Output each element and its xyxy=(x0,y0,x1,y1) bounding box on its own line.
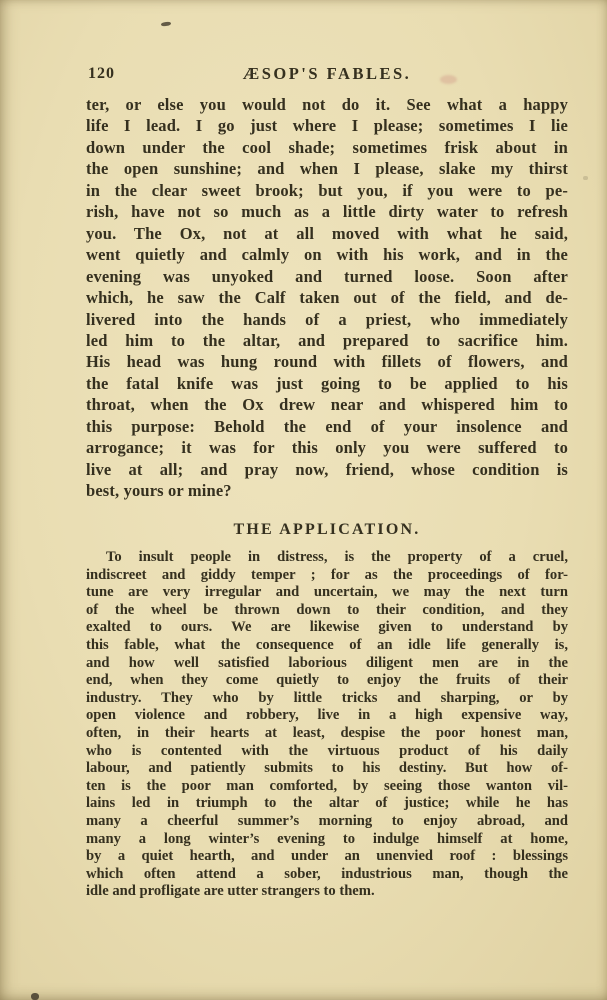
application-text: To insult people in distress, is the pro… xyxy=(86,549,568,901)
page-header: 120 ÆSOP'S FABLES. xyxy=(86,64,568,88)
book-page: 120 ÆSOP'S FABLES. ter, or else you woul… xyxy=(0,0,607,1000)
text-line: which often attend a sober, industrious … xyxy=(86,866,568,884)
text-line: this purpose: Behold the end of your ins… xyxy=(86,416,568,437)
fable-text: ter, or else you would not do it. See wh… xyxy=(86,94,568,502)
running-title: ÆSOP'S FABLES. xyxy=(86,64,568,84)
text-line: and how well satisfied laborious diligen… xyxy=(86,655,568,673)
text-line: tune are very irregular and uncertain, w… xyxy=(86,584,568,602)
text-line: exalted to ours. We are likewise given t… xyxy=(86,619,568,637)
text-line: His head was hung round with fillets of … xyxy=(86,351,568,372)
text-line: throat, when the Ox drew near and whispe… xyxy=(86,394,568,415)
ink-speck xyxy=(161,21,171,26)
text-line: end, when they come quietly to enjoy the… xyxy=(86,672,568,690)
text-line: lains led in triumph to the altar of jus… xyxy=(86,795,568,813)
text-line: led him to the altar, and prepared to sa… xyxy=(86,330,568,351)
text-line: livered into the hands of a priest, who … xyxy=(86,309,568,330)
text-line: many a long winter’s evening to indulge … xyxy=(86,831,568,849)
text-line: in the clear sweet brook; but you, if yo… xyxy=(86,180,568,201)
text-line: life I lead. I go just where I please; s… xyxy=(86,115,568,136)
ink-speck xyxy=(583,176,588,180)
text-line: rish, have not so much as a little dirty… xyxy=(86,201,568,222)
text-line: of the wheel be thrown down to their con… xyxy=(86,602,568,620)
text-line: live at all; and pray now, friend, whose… xyxy=(86,459,568,480)
text-line: down under the cool shade; sometimes fri… xyxy=(86,137,568,158)
text-line: industry. They who by little tricks and … xyxy=(86,690,568,708)
text-line: who is contented with the virtuous produ… xyxy=(86,743,568,761)
text-line: which, he saw the Calf taken out of the … xyxy=(86,287,568,308)
text-line: many a cheerful summer’s morning to enjo… xyxy=(86,813,568,831)
text-line: best, yours or mine? xyxy=(86,480,568,501)
text-line: went quietly and calmly on with his work… xyxy=(86,244,568,265)
text-line: open violence and robbery, live in a hig… xyxy=(86,707,568,725)
text-line: you. The Ox, not at all moved with what … xyxy=(86,223,568,244)
text-line: the open sunshine; and when I please, sl… xyxy=(86,158,568,179)
text-line: often, in their hearts at least, despise… xyxy=(86,725,568,743)
text-line: arrogance; it was for this only you were… xyxy=(86,437,568,458)
text-line: this fable, what the consequence of an i… xyxy=(86,637,568,655)
text-line: indiscreet and giddy temper ; for as the… xyxy=(86,567,568,585)
text-line: ten is the poor man comforted, by seeing… xyxy=(86,778,568,796)
stain-mark xyxy=(440,75,457,84)
text-line: by a quiet hearth, and under an unenvied… xyxy=(86,848,568,866)
text-line: evening was unyoked and turned loose. So… xyxy=(86,266,568,287)
text-line: labour, and patiently submits to his des… xyxy=(86,760,568,778)
ink-speck xyxy=(31,993,39,1000)
application-heading: THE APPLICATION. xyxy=(86,521,568,539)
text-line: the fatal knife was just going to be app… xyxy=(86,373,568,394)
text-line: ter, or else you would not do it. See wh… xyxy=(86,94,568,115)
text-line: To insult people in distress, is the pro… xyxy=(86,549,568,567)
text-line: idle and profligate are utter strangers … xyxy=(86,883,568,901)
